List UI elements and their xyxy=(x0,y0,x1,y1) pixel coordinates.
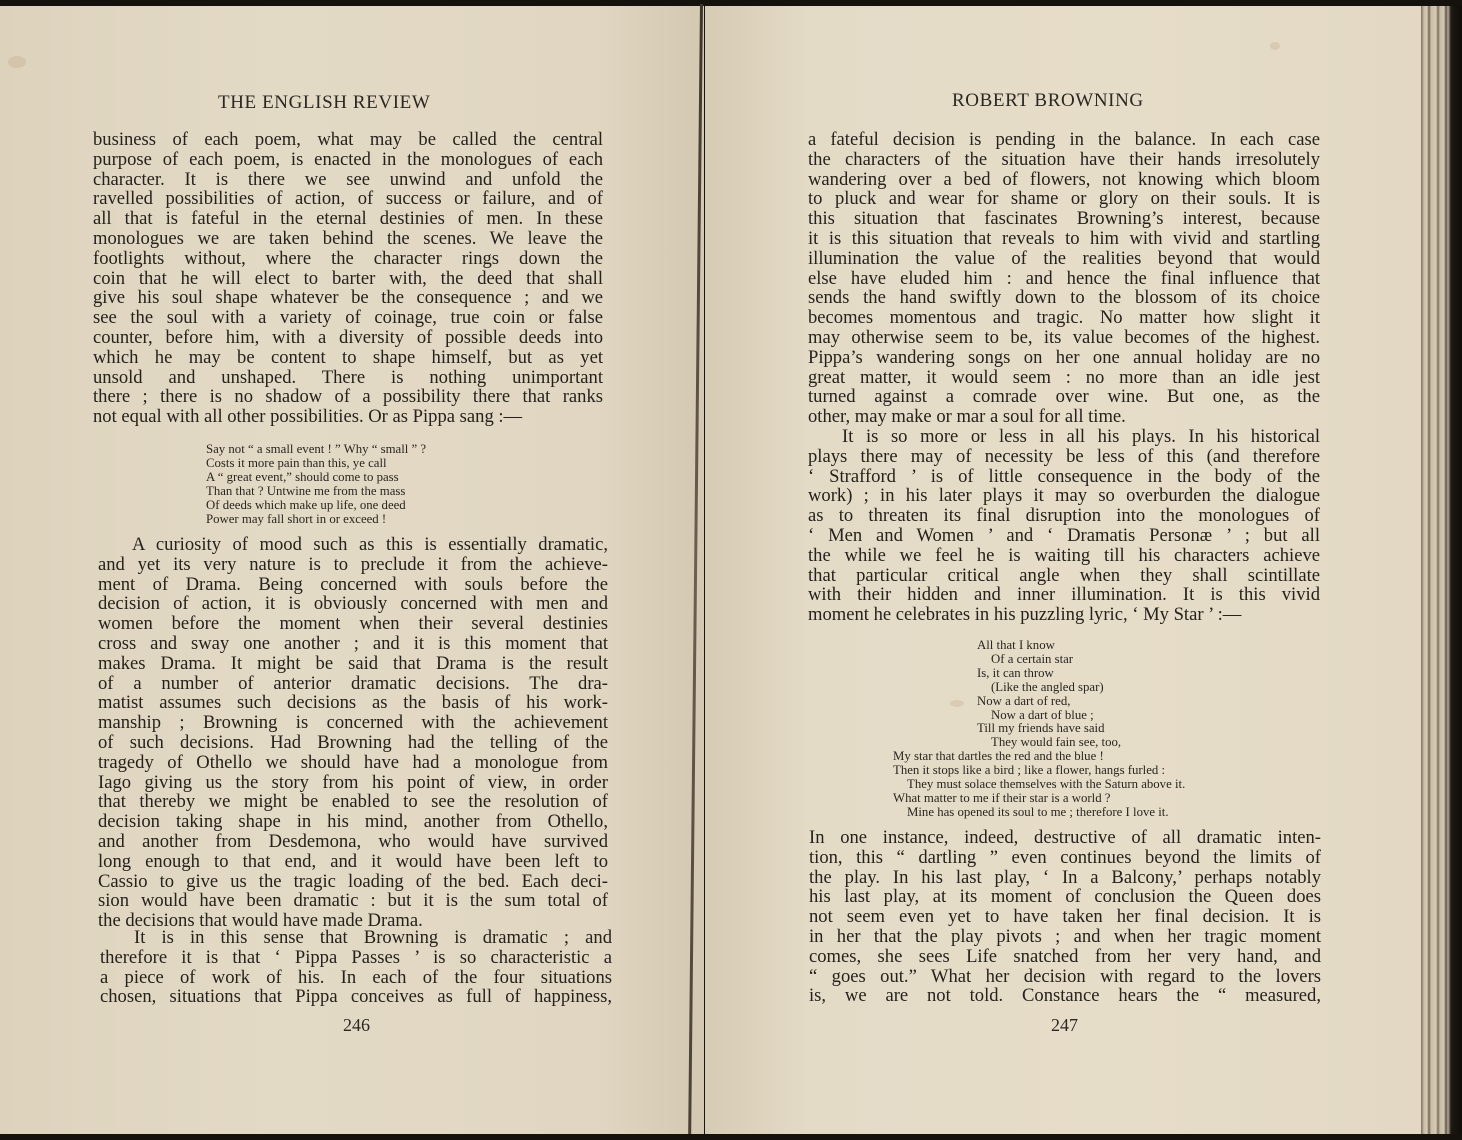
text-line: manship ; Browning is concerned with the… xyxy=(98,713,608,733)
text-line: long enough to that end, and it would ha… xyxy=(98,852,608,872)
text-line: plays there may of necessity be less of … xyxy=(808,447,1320,467)
text-line: as to threaten its final disruption into… xyxy=(808,506,1320,526)
text-line: makes Drama. It might be said that Drama… xyxy=(98,654,608,674)
verse-line: Costs it more pain than this, ye call xyxy=(206,457,426,471)
text-line: decision of action, it is obviously conc… xyxy=(98,594,608,614)
text-line: becomes momentous and tragic. No matter … xyxy=(808,308,1320,328)
text-line: In one instance, indeed, destructive of … xyxy=(809,828,1321,848)
text-line: of such decisions. Had Browning had the … xyxy=(98,733,608,753)
text-line: chosen, situations that Pippa conceives … xyxy=(100,987,612,1007)
right-paragraph-2: It is so more or less in all his plays. … xyxy=(808,427,1320,625)
text-line: the while we feel he is waiting till his… xyxy=(808,546,1320,566)
text-line: tion, this “ dartling ” even continues b… xyxy=(809,848,1321,868)
verse-line: A “ great event,” should come to pass xyxy=(206,471,426,485)
text-line: Iago giving us the story from his point … xyxy=(98,773,608,793)
verse-line: Till my friends have said xyxy=(893,722,1185,736)
text-line: give his soul shape whatever be the cons… xyxy=(93,288,603,308)
text-line: there ; there is no shadow of a possibil… xyxy=(93,387,603,407)
verse-line: What matter to me if their star is a wor… xyxy=(893,792,1185,806)
text-line: of a number of anterior dramatic decisio… xyxy=(98,674,608,694)
right-page: ROBERT BROWNING a fateful decision is pe… xyxy=(705,6,1421,1134)
text-line: A curiosity of mood such as this is esse… xyxy=(98,535,608,555)
text-line: in her that the play pivots ; and when h… xyxy=(809,927,1321,947)
text-line: decision taking shape in his mind, anoth… xyxy=(98,812,608,832)
text-line: this situation that fascinates Browning’… xyxy=(808,209,1320,229)
page-number-left: 246 xyxy=(343,1015,370,1036)
text-line: that thereby we might be enabled to see … xyxy=(98,792,608,812)
book-spread: THE ENGLISH REVIEW business of each poem… xyxy=(0,0,1462,1140)
left-page: THE ENGLISH REVIEW business of each poem… xyxy=(0,6,704,1136)
verse-line: Than that ? Untwine me from the mass xyxy=(206,485,426,499)
text-line: the characters of the situation have the… xyxy=(808,150,1320,170)
text-line: his last play, at its moment of conclusi… xyxy=(809,887,1321,907)
text-line: comes, she sees Life snatched from her v… xyxy=(809,947,1321,967)
text-line: It is in this sense that Browning is dra… xyxy=(100,928,612,948)
stacked-page-edges xyxy=(1421,6,1462,1134)
verse-line: Mine has opened its soul to me ; therefo… xyxy=(893,806,1185,820)
verse-line: All that I know xyxy=(893,639,1185,653)
text-line: may otherwise seem to be, its value beco… xyxy=(808,328,1320,348)
text-line: that particular critical angle when they… xyxy=(808,566,1320,586)
text-line: see the soul with a variety of coinage, … xyxy=(93,308,603,328)
text-line: ment of Drama. Being concerned with soul… xyxy=(98,575,608,595)
verse-line: Now a dart of blue ; xyxy=(893,709,1185,723)
paper-stain xyxy=(1270,42,1280,50)
text-line: it is this situation that reveals to him… xyxy=(808,229,1320,249)
verse-line: Now a dart of red, xyxy=(893,695,1185,709)
text-line: ‘ Men and Women ’ and ‘ Dramatis Personæ… xyxy=(808,526,1320,546)
text-line: with their hidden and inner illumination… xyxy=(808,585,1320,605)
verse-line: Is, it can throw xyxy=(893,667,1185,681)
text-line: great matter, it would seem : no more th… xyxy=(808,368,1320,388)
text-line: business of each poem, what may be calle… xyxy=(93,130,603,150)
verse-line: Then it stops like a bird ; like a flowe… xyxy=(893,764,1185,778)
text-line: which he may be content to shape himself… xyxy=(93,348,603,368)
left-paragraph-1: business of each poem, what may be calle… xyxy=(93,130,603,427)
text-line: tragedy of Othello we should have had a … xyxy=(98,753,608,773)
text-line: ‘ Strafford ’ is of little consequence i… xyxy=(808,467,1320,487)
left-verse-quotation: Say not “ a small event ! ” Why “ small … xyxy=(206,443,426,526)
text-line: else have eluded him : and hence the fin… xyxy=(808,269,1320,289)
text-line: not seem even yet to have taken her fina… xyxy=(809,907,1321,927)
text-line: a fateful decision is pending in the bal… xyxy=(808,130,1320,150)
text-line: to pluck and wear for shame or glory on … xyxy=(808,189,1320,209)
text-line: matist assumes such decisions as the bas… xyxy=(98,693,608,713)
text-line: sends the hand swiftly down to the bloss… xyxy=(808,288,1320,308)
left-paragraph-2: A curiosity of mood such as this is esse… xyxy=(98,535,608,931)
text-line: therefore it is that ‘ Pippa Passes ’ is… xyxy=(100,948,612,968)
text-line: wandering over a bed of flowers, not kno… xyxy=(808,170,1320,190)
text-line: sion would have been dramatic : but it i… xyxy=(98,891,608,911)
verse-line: They must solace themselves with the Sat… xyxy=(893,778,1185,792)
text-line: women before the moment when their sever… xyxy=(98,614,608,634)
text-line: coin that he will elect to barter with, … xyxy=(93,269,603,289)
text-line: all that is fateful in the eternal desti… xyxy=(93,209,603,229)
text-line: work) ; in his later plays it may so ove… xyxy=(808,486,1320,506)
verse-line: Power may fall short in or exceed ! xyxy=(206,513,426,527)
text-line: cross and sway one another ; and it is t… xyxy=(98,634,608,654)
text-line: illumination the value of the realities … xyxy=(808,249,1320,269)
text-line: is, we are not told. Constance hears the… xyxy=(809,986,1321,1006)
right-paragraph-1: a fateful decision is pending in the bal… xyxy=(808,130,1320,427)
right-paragraph-3: In one instance, indeed, destructive of … xyxy=(809,828,1321,1006)
text-line: Pippa’s wandering songs on her one annua… xyxy=(808,348,1320,368)
text-line: purpose of each poem, is enacted in the … xyxy=(93,150,603,170)
running-head-left: THE ENGLISH REVIEW xyxy=(218,92,430,114)
text-line: moment he celebrates in his puzzling lyr… xyxy=(808,605,1320,625)
verse-line: They would fain see, too, xyxy=(893,736,1185,750)
page-number-right: 247 xyxy=(1051,1015,1078,1036)
text-line: footlights without, where the character … xyxy=(93,249,603,269)
running-head-right: ROBERT BROWNING xyxy=(952,90,1144,112)
text-line: and yet its very nature is to preclude i… xyxy=(98,555,608,575)
left-paragraph-3: It is in this sense that Browning is dra… xyxy=(100,928,612,1007)
text-line: It is so more or less in all his plays. … xyxy=(808,427,1320,447)
text-line: not equal with all other possibilities. … xyxy=(93,407,603,427)
text-line: turned against a comrade over wine. But … xyxy=(808,387,1320,407)
text-line: unsold and unshaped. There is nothing un… xyxy=(93,368,603,388)
text-line: monologues we are taken behind the scene… xyxy=(93,229,603,249)
text-line: ravelled possibilities of action, of suc… xyxy=(93,189,603,209)
verse-line: Say not “ a small event ! ” Why “ small … xyxy=(206,443,426,457)
verse-line: My star that dartles the red and the blu… xyxy=(893,750,1185,764)
verse-line: Of a certain star xyxy=(893,653,1185,667)
text-line: Cassio to give us the tragic loading of … xyxy=(98,872,608,892)
binding-bottom-edge xyxy=(0,1134,1462,1140)
right-verse-quotation-my-star: All that I know Of a certain star Is, it… xyxy=(893,639,1185,820)
text-line: other, may make or mar a soul for all ti… xyxy=(808,407,1320,427)
text-line: character. It is there we see unwind and… xyxy=(93,170,603,190)
text-line: counter, before him, with a diversity of… xyxy=(93,328,603,348)
text-line: a piece of work of his. In each of the f… xyxy=(100,968,612,988)
text-line: “ goes out.” What her decision with rega… xyxy=(809,967,1321,987)
text-line: the play. In his last play, ‘ In a Balco… xyxy=(809,868,1321,888)
verse-line: (Like the angled spar) xyxy=(893,681,1185,695)
paper-stain xyxy=(8,56,26,68)
verse-line: Of deeds which make up life, one deed xyxy=(206,499,426,513)
text-line: and another from Desdemona, who would ha… xyxy=(98,832,608,852)
